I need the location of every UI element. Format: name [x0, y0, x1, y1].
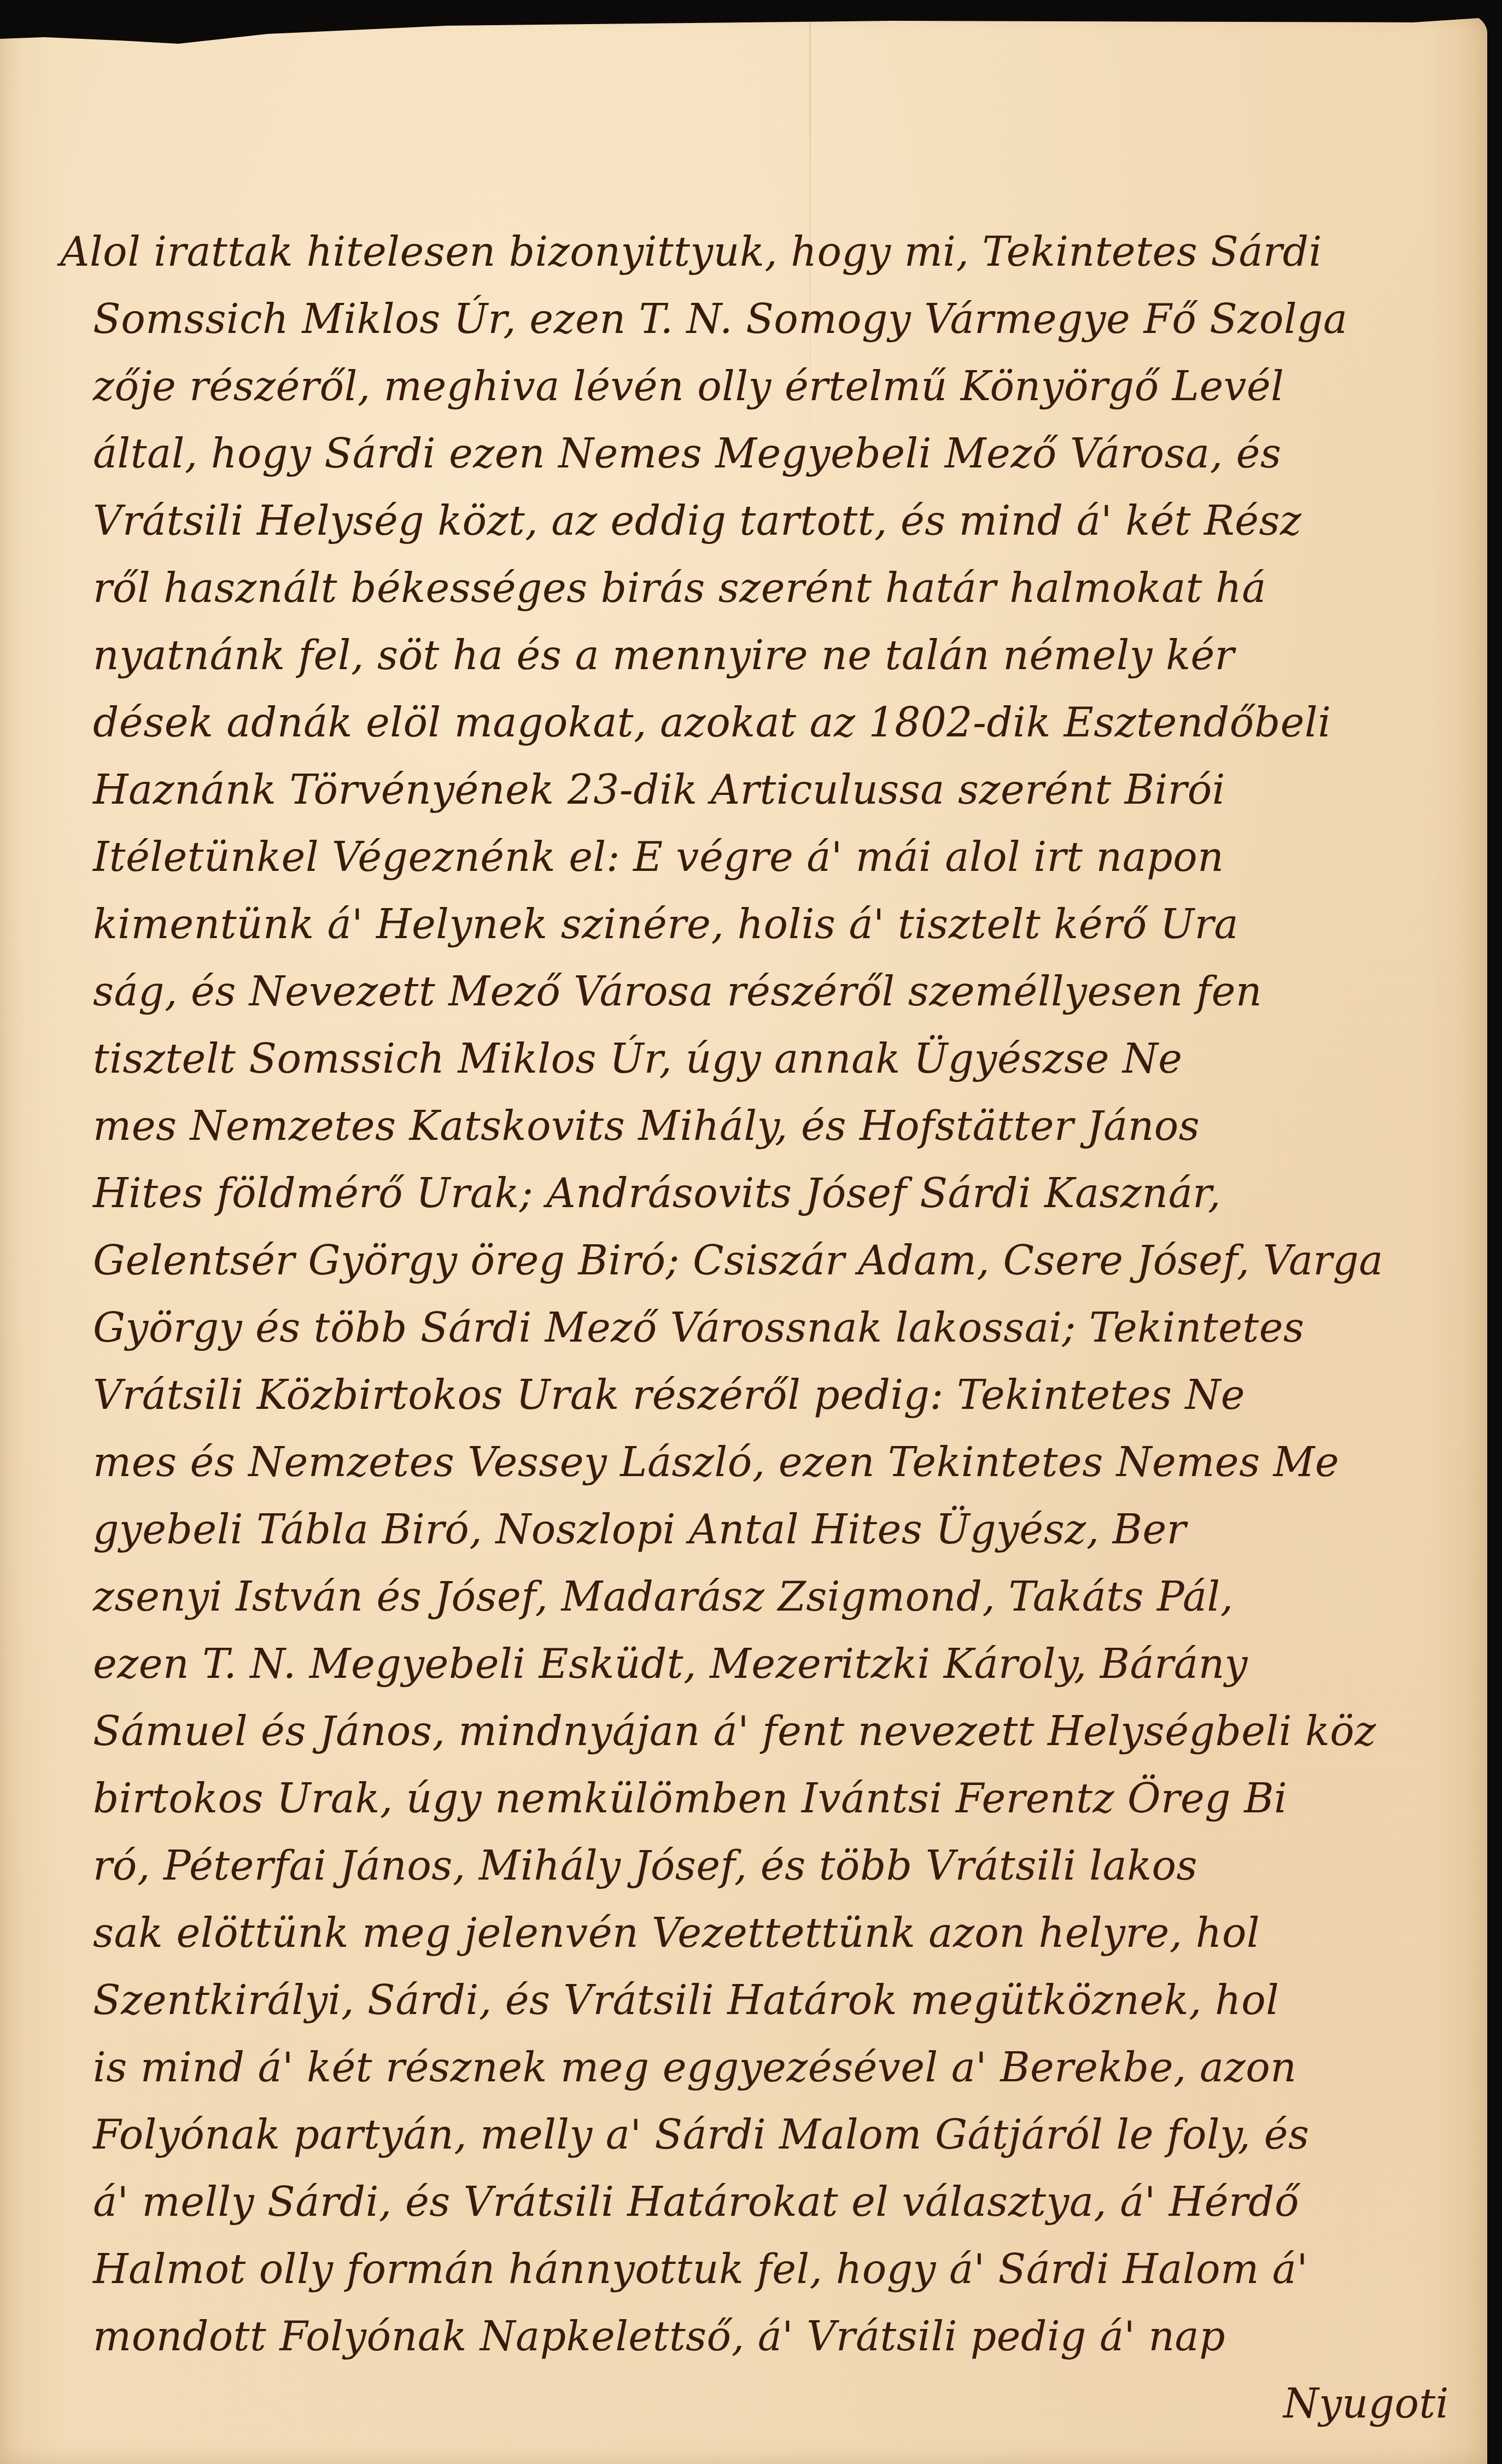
text-line: á' melly Sárdi, és Vrátsili Határokat el… — [93, 2169, 1471, 2236]
text-line: mondott Folyónak Napkelettső, á' Vrátsil… — [93, 2303, 1471, 2371]
text-line: Halmot olly formán hánnyottuk fel, hogy … — [93, 2236, 1471, 2303]
text-line: Haznánk Törvényének 23-dik Articulussa s… — [93, 757, 1471, 824]
text-line: Gelentsér György öreg Biró; Csiszár Adam… — [93, 1227, 1471, 1295]
text-line: is mind á' két résznek meg eggyezésével … — [93, 2034, 1471, 2102]
text-line: zője részéről, meghiva lévén olly értelm… — [93, 353, 1471, 420]
text-line: gyebeli Tábla Biró, Noszlopi Antal Hites… — [93, 1496, 1471, 1564]
text-line: ság, és Nevezett Mező Városa részéről sz… — [93, 958, 1471, 1026]
text-line: Hites földmérő Urak; Andrásovits Jósef S… — [93, 1160, 1471, 1227]
text-line: nyatnánk fel, söt ha és a mennyire ne ta… — [93, 622, 1471, 689]
text-line: Folyónak partyán, melly a' Sárdi Malom G… — [93, 2102, 1471, 2169]
torn-top-edge — [0, 11, 1487, 44]
text-line: Itéletünkel Végeznénk el: E végre á' mái… — [93, 824, 1471, 891]
text-line: Alol irattak hitelesen bizonyittyuk, hog… — [60, 219, 1471, 286]
text-line: zsenyi István és Jósef, Madarász Zsigmon… — [93, 1564, 1471, 1631]
catchword: Nyugoti — [93, 2371, 1471, 2438]
text-line: Sámuel és János, mindnyájan á' fent neve… — [93, 1698, 1471, 1765]
text-line: Vrátsili Közbirtokos Urak részéről pedig… — [93, 1362, 1471, 1429]
text-line: György és több Sárdi Mező Várossnak lako… — [93, 1295, 1471, 1362]
text-line: dések adnák elöl magokat, azokat az 1802… — [93, 689, 1471, 757]
text-line: sak elöttünk meg jelenvén Vezettettünk a… — [93, 1900, 1471, 1967]
text-line: birtokos Urak, úgy nemkülömben Ivántsi F… — [93, 1765, 1471, 1833]
text-line: ezen T. N. Megyebeli Esküdt, Mezeritzki … — [93, 1631, 1471, 1698]
text-line: mes és Nemzetes Vessey László, ezen Teki… — [93, 1429, 1471, 1496]
text-line: ről használt békességes birás szerént ha… — [93, 555, 1471, 622]
handwritten-text-body: Alol irattak hitelesen bizonyittyuk, hog… — [93, 219, 1471, 2438]
text-line: által, hogy Sárdi ezen Nemes Megyebeli M… — [93, 420, 1471, 488]
text-line: kimentünk á' Helynek szinére, holis á' t… — [93, 891, 1471, 958]
text-line: ró, Péterfai János, Mihály Jósef, és töb… — [93, 1833, 1471, 1900]
text-line: Vrátsili Helység közt, az eddig tartott,… — [93, 488, 1471, 555]
text-line: Somssich Miklos Úr, ezen T. N. Somogy Vá… — [93, 286, 1471, 353]
text-line: mes Nemzetes Katskovits Mihály, és Hofst… — [93, 1093, 1471, 1160]
text-line: Szentkirályi, Sárdi, és Vrátsili Határok… — [93, 1967, 1471, 2034]
text-line: tisztelt Somssich Miklos Úr, úgy annak Ü… — [93, 1026, 1471, 1093]
document-page: Alol irattak hitelesen bizonyittyuk, hog… — [0, 11, 1487, 2464]
